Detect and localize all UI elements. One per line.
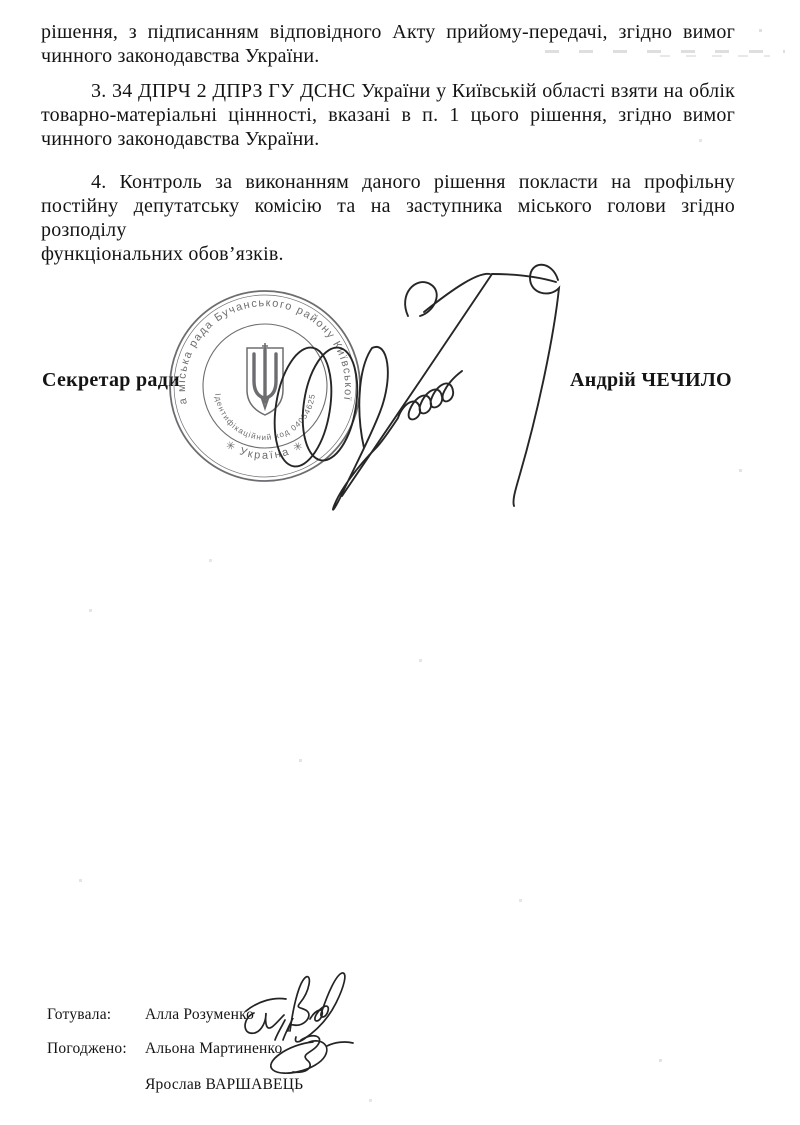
text-line: 3. 34 ДПРЧ 2 ДПРЗ ГУ ДСНС України у Київ… <box>41 79 735 103</box>
agreed-name-2: Ярослав ВАРШАВЕЦЬ <box>145 1076 303 1094</box>
secretary-name: Андрій ЧЕЧИЛО <box>570 369 732 392</box>
agreed-signature <box>255 1018 360 1078</box>
text-line: 4. Контроль за виконанням даного рішення… <box>41 170 735 194</box>
text-line: постійну депутатську комісію та на засту… <box>41 194 735 242</box>
scanned-document-page: рішення, з підписанням відповідного Акту… <box>0 0 800 1125</box>
agreed-label: Погоджено: <box>47 1040 127 1058</box>
prepared-by-name: Алла Розуменко <box>145 1006 254 1024</box>
text-line: товарно-матеріальні ціннності, вказані в… <box>41 103 735 127</box>
text-line: рішення, з підписанням відповідного Акту… <box>41 20 735 44</box>
prepared-by-label: Готувала: <box>47 1006 111 1024</box>
scan-artifact-dashes-2 <box>660 55 770 57</box>
paragraph-continuation: рішення, з підписанням відповідного Акту… <box>41 20 735 68</box>
text-line: чинного законодавства України. <box>41 127 735 151</box>
scan-noise-speckles <box>0 0 1 1</box>
scan-artifact-dashes <box>545 50 785 53</box>
text-line: чинного законодавства України. <box>41 44 735 68</box>
secretary-signature <box>258 252 570 522</box>
secretary-role-label: Секретар ради <box>42 369 180 392</box>
paragraph-point-3: 3. 34 ДПРЧ 2 ДПРЗ ГУ ДСНС України у Київ… <box>41 79 735 151</box>
